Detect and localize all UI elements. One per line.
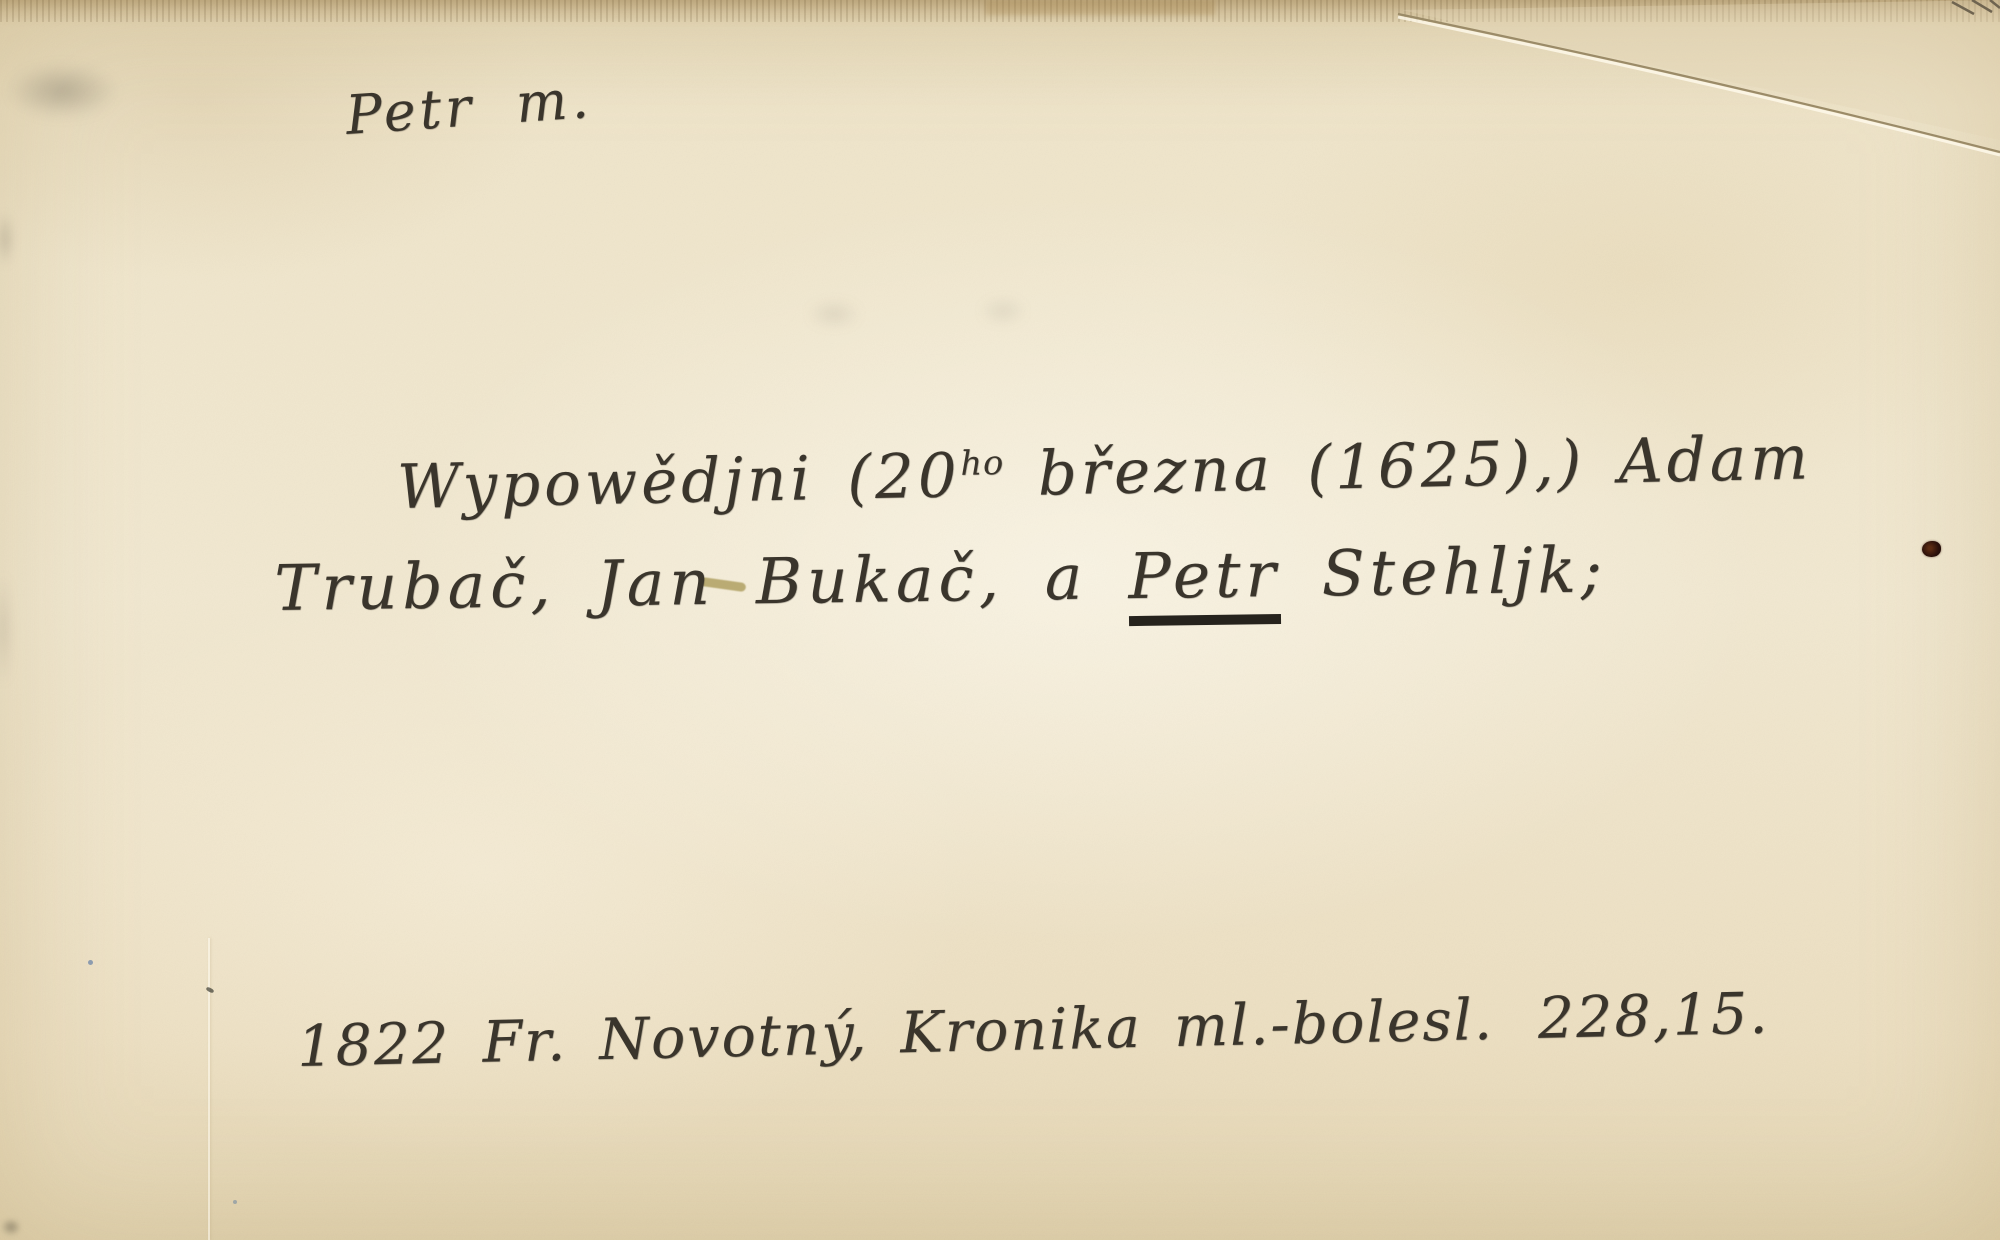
ink-blot — [1922, 541, 1941, 557]
blue-speck-lower — [233, 1200, 237, 1204]
citation-page-ref: 228,15. — [1537, 981, 1770, 1052]
line2-pre: Trubač, Jan Bukač, a — [274, 540, 1129, 625]
corner-fold-crease — [1340, 0, 2000, 230]
blue-speck — [88, 960, 93, 965]
line1-pre: Wypowědjni (20 — [397, 440, 962, 523]
scanned-note-page: Petr m. Wypowědjni (20ho března (1625),)… — [0, 0, 2000, 1240]
underlined-name: Petr — [1128, 538, 1281, 626]
line1-superscript: ho — [960, 443, 1005, 483]
vertical-crease-line — [208, 938, 210, 1240]
line2-post: Stehljk; — [1280, 533, 1607, 611]
scan-top-edge-stain — [985, 0, 1215, 15]
